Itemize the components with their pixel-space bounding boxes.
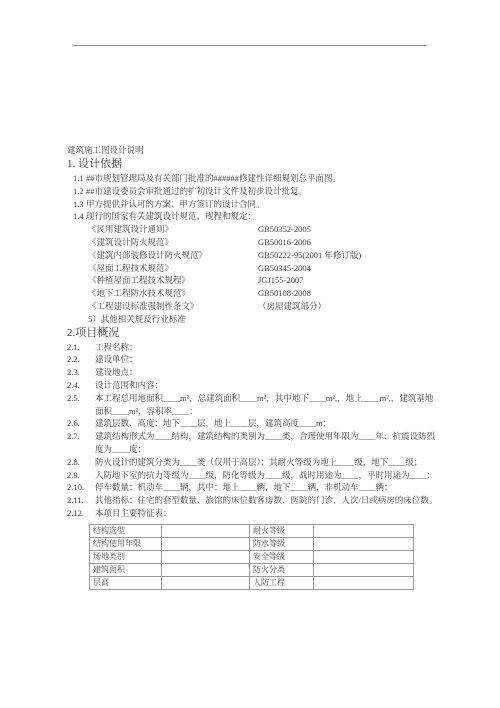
- item-text: 其他指标：住宅的套型数量、旅馆的床位数客房数、医院的门诊、人次/日或病房的床位数…: [95, 494, 439, 507]
- list-item: 2.10. 停车数量：机动车____辆，其中：地上____辆，地下____辆，非…: [67, 481, 439, 494]
- item-number: 2.3.: [67, 366, 95, 379]
- page-header-rule: [73, 45, 427, 46]
- feature-label: 场地类别: [90, 550, 162, 563]
- item-number: 2.7.: [67, 430, 95, 456]
- other-standards-note: 5）其他相关规及行业标准: [88, 313, 439, 326]
- section-1-heading: 1. 设计依据: [67, 157, 439, 172]
- feature-label: 防水等级: [250, 537, 314, 550]
- feature-label: 建筑面积: [90, 563, 162, 576]
- feature-value: [162, 576, 250, 589]
- table-row: 层高 人防工程: [90, 576, 414, 589]
- standard-row: 《建筑内部装修设计防火规范》 GB50222-95(2001 年修订版): [88, 249, 439, 262]
- list-item: 2.1. 工程名称：: [67, 341, 439, 354]
- item-text: ##市规划管理局及有关部门批准的######修建性详细规划总平面图。: [86, 172, 439, 185]
- list-item: 1.3 甲方提供并认可的方案、甲方签订的设计合同。: [73, 198, 439, 211]
- table-row: 结构选型 耐火等级: [90, 524, 414, 537]
- item-text: 本工程总用地面积____m²，总建筑面积____m²，其中地下____m²,，地…: [95, 392, 439, 418]
- list-item: 2.11. 其他指标：住宅的套型数量、旅馆的床位数客房数、医院的门诊、人次/日或…: [67, 494, 439, 507]
- item-number: 2.6.: [67, 417, 95, 430]
- item-number: 2.4.: [67, 379, 95, 392]
- standard-row: 《屋面工程技术规范》 GB50345-2004: [88, 262, 439, 275]
- item-number: 2.5.: [67, 392, 95, 418]
- list-item: 2.12. 本项目主要特征表：: [67, 507, 439, 520]
- standards-list: 《民用建筑设计通则》 GB50352-2005 《建筑设计防火规范》 GB500…: [88, 223, 439, 313]
- feature-label: 层高: [90, 576, 162, 589]
- list-item: 1.1 ##市规划管理局及有关部门批准的######修建性详细规划总平面图。: [73, 172, 439, 185]
- standard-code: GB50108-2008: [258, 287, 439, 300]
- standard-name: 《屋面工程技术规范》: [88, 262, 258, 275]
- standard-code: GB50016-2006: [258, 236, 439, 249]
- table-row: 场地类别 安全等级: [90, 550, 414, 563]
- feature-label: 防火分类: [250, 563, 314, 576]
- list-item: 2.6. 建筑层数、高度：地下____层，地上____层，建筑高度____m；: [67, 417, 439, 430]
- item-number: 1.1: [73, 172, 86, 185]
- section-2-heading: 2.项目概况: [67, 326, 439, 341]
- feature-value: [162, 550, 250, 563]
- list-item: 2.2. 建设单位：: [67, 353, 439, 366]
- standard-name: 《民用建筑设计通则》: [88, 223, 258, 236]
- list-item: 1.2 ##市建设委员会审批通过的扩初设计文件及初步设计批复。: [73, 185, 439, 198]
- item-text: 停车数量：机动车____辆，其中：地上____辆，地下____辆，非机动车___…: [95, 481, 439, 494]
- standard-name: 《地下工程防水技术规范》: [88, 287, 258, 300]
- item-text: 设计范围和内容：: [95, 379, 439, 392]
- feature-value: [162, 537, 250, 550]
- item-number: 1.4: [73, 210, 86, 223]
- item-number: 2.1.: [67, 341, 95, 354]
- item-number: 2.2.: [67, 353, 95, 366]
- item-number: 1.3: [73, 198, 86, 211]
- item-text: 建筑层数、高度：地下____层，地上____层，建筑高度____m；: [95, 417, 439, 430]
- item-text: 建设单位：: [95, 353, 439, 366]
- list-item: 2.8. 防火设计的建筑分类为____类（仅用于高层）；其耐火等级为地上____…: [67, 456, 439, 469]
- standard-name: 《工程建设标准强制性条文》: [88, 300, 258, 313]
- item-number: 1.2: [73, 185, 86, 198]
- feature-label: 结构选型: [90, 524, 162, 537]
- standard-name: 《建筑内部装修设计防火规范》: [88, 249, 258, 262]
- list-item: 2.5. 本工程总用地面积____m²，总建筑面积____m²，其中地下____…: [67, 392, 439, 418]
- feature-value: [162, 563, 250, 576]
- standard-row: 《地下工程防水技术规范》 GB50108-2008: [88, 287, 439, 300]
- item-number: 2.9.: [67, 469, 95, 482]
- standard-code: GB50352-2005: [258, 223, 439, 236]
- standard-row: 《工程建设标准强制性条文》 （房屋建筑部分）: [88, 300, 439, 313]
- standard-code: GB50222-95(2001 年修订版): [258, 249, 439, 262]
- item-text: 建筑结构形式为____结构，建筑结构的类别为____类，合理使用年限为____年…: [95, 430, 439, 456]
- feature-label: 人防工程: [250, 576, 314, 589]
- item-text: 甲方提供并认可的方案、甲方签订的设计合同。: [86, 198, 439, 211]
- item-text: 工程名称：: [95, 341, 439, 354]
- feature-value: [162, 524, 250, 537]
- feature-label: 结构使用年限: [90, 537, 162, 550]
- document-title: 建筑施工图设计说明: [67, 144, 439, 157]
- feature-value: [314, 550, 414, 563]
- standard-code: （房屋建筑部分）: [258, 300, 439, 313]
- list-item: 2.9. 人防地下室的抗力等级为____级，防化等级为____级，战时用途为__…: [67, 469, 439, 482]
- item-text: 本项目主要特征表：: [95, 507, 439, 520]
- standard-name: 《种植屋面工程技术规程》: [88, 274, 258, 287]
- feature-value: [314, 537, 414, 550]
- item-text: 人防地下室的抗力等级为____级，防化等级为____级，战时用途为____，平时…: [95, 469, 439, 482]
- item-number: 2.11.: [67, 494, 95, 507]
- table-row: 结构使用年限 防水等级: [90, 537, 414, 550]
- item-number: 2.10.: [67, 481, 95, 494]
- feature-value: [314, 524, 414, 537]
- standard-code: JGJ155-2007: [258, 274, 439, 287]
- item-number: 2.8.: [67, 456, 95, 469]
- standard-code: GB50345-2004: [258, 262, 439, 275]
- item-text: 防火设计的建筑分类为____类（仅用于高层）；其耐火等级为地上____级，地下_…: [95, 456, 439, 469]
- list-item: 2.3. 建设地点：: [67, 366, 439, 379]
- document-content: 建筑施工图设计说明 1. 设计依据 1.1 ##市规划管理局及有关部门批准的##…: [67, 144, 439, 590]
- standard-row: 《民用建筑设计通则》 GB50352-2005: [88, 223, 439, 236]
- table-row: 建筑面积 防火分类: [90, 563, 414, 576]
- item-text: ##市建设委员会审批通过的扩初设计文件及初步设计批复。: [86, 185, 439, 198]
- standard-row: 《建筑设计防火规范》 GB50016-2006: [88, 236, 439, 249]
- item-text: 建设地点：: [95, 366, 439, 379]
- project-feature-table: 结构选型 耐火等级 结构使用年限 防水等级 场地类别 安全等级: [89, 524, 414, 590]
- item-number: 2.12.: [67, 507, 95, 520]
- feature-label: 安全等级: [250, 550, 314, 563]
- standard-row: 《种植屋面工程技术规程》 JGJ155-2007: [88, 274, 439, 287]
- list-item: 2.4. 设计范围和内容：: [67, 379, 439, 392]
- list-item: 2.7. 建筑结构形式为____结构，建筑结构的类别为____类，合理使用年限为…: [67, 430, 439, 456]
- list-item: 1.4 现行的国家有关建筑设计规范、规程和规定：: [73, 210, 439, 223]
- standard-name: 《建筑设计防火规范》: [88, 236, 258, 249]
- item-text: 现行的国家有关建筑设计规范、规程和规定：: [86, 210, 439, 223]
- feature-value: [314, 563, 414, 576]
- document-page: 建筑施工图设计说明 1. 设计依据 1.1 ##市规划管理局及有关部门批准的##…: [0, 0, 500, 708]
- feature-value: [314, 576, 414, 589]
- feature-label: 耐火等级: [250, 524, 314, 537]
